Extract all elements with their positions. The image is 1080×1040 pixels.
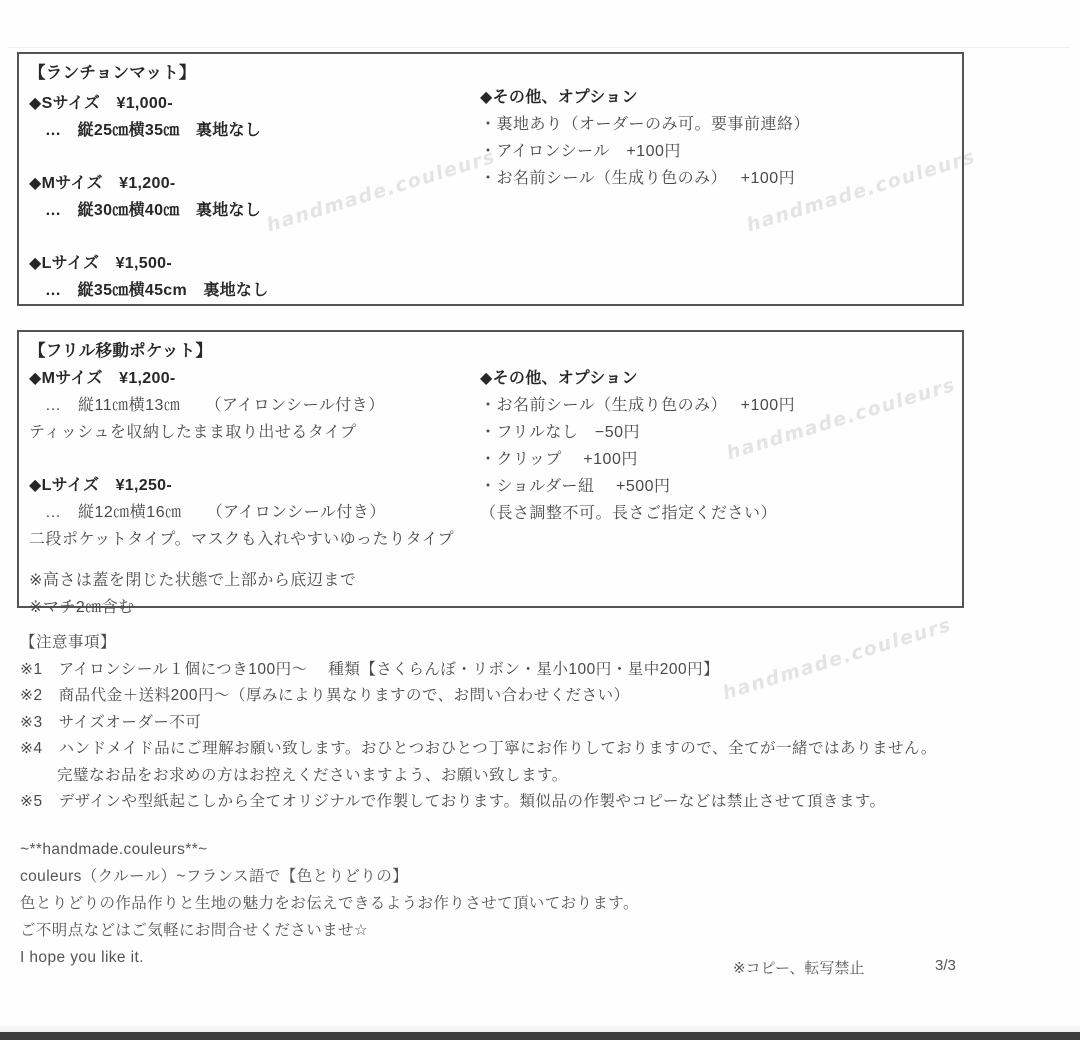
caution-item-continuation: 完璧なお品をお求めの方はお控えくださいますよう、お願い致します。 bbox=[20, 763, 937, 790]
cautions-title: 【注意事項】 bbox=[20, 630, 937, 657]
caution-item: ※4 ハンドメイド品にご理解お願い致します。おひとつおひとつ丁寧にお作りしており… bbox=[20, 736, 937, 763]
frill-pocket-options-column: ◆その他、オプション ・お名前シール（生成り色のみ） +100円 ・フリルなし … bbox=[480, 365, 950, 527]
size-price-line: ◆Mサイズ ¥1,200- bbox=[29, 365, 479, 392]
frill-pocket-section: 【フリル移動ポケット】 ◆Mサイズ ¥1,200- … 縦11㎝横13㎝ （アイ… bbox=[17, 330, 964, 608]
size-description-line: 二段ポケットタイプ。マスクも入れやすいゆったりタイプ bbox=[29, 526, 479, 553]
options-title: ◆その他、オプション bbox=[480, 365, 950, 392]
closing-line: 色とりどりの作品作りと生地の魅力をお伝えできるようお作りさせて頂いております。 bbox=[20, 890, 639, 917]
option-item: ・お名前シール（生成り色のみ） +100円 bbox=[480, 165, 950, 192]
section-title: 【ランチョンマット】 bbox=[29, 60, 479, 87]
size-price-line: ◆Sサイズ ¥1,000- bbox=[29, 90, 479, 117]
option-item: （長さ調整不可。長さご指定ください） bbox=[480, 500, 950, 527]
option-item: ・フリルなし −50円 bbox=[480, 419, 950, 446]
frill-pocket-sizes-column: 【フリル移動ポケット】 ◆Mサイズ ¥1,200- … 縦11㎝横13㎝ （アイ… bbox=[29, 332, 479, 621]
size-detail-line: … 縦30㎝横40㎝ 裏地なし bbox=[29, 197, 479, 224]
cautions-section: 【注意事項】 ※1 アイロンシール１個につき100円～ 種類【さくらんぼ・リボン… bbox=[20, 630, 937, 816]
size-price-line: ◆Mサイズ ¥1,200- bbox=[29, 170, 479, 197]
caution-item: ※2 商品代金＋送料200円～（厚みにより異なりますので、お問い合わせください） bbox=[20, 683, 937, 710]
lunch-mat-section: 【ランチョンマット】 ◆Sサイズ ¥1,000- … 縦25㎝横35㎝ 裏地なし… bbox=[17, 52, 964, 306]
caution-item: ※3 サイズオーダー不可 bbox=[20, 710, 937, 737]
bottom-dark-bar bbox=[0, 1032, 1080, 1040]
lunch-mat-sizes-column: 【ランチョンマット】 ◆Sサイズ ¥1,000- … 縦25㎝横35㎝ 裏地なし… bbox=[29, 54, 479, 304]
closing-line: couleurs（クルール）~フランス語で【色とりどりの】 bbox=[20, 863, 639, 890]
caution-item: ※5 デザインや型紙起こしから全てオリジナルで作製しております。類似品の作製やコ… bbox=[20, 789, 937, 816]
size-detail-line: … 縦12㎝横16㎝ （アイロンシール付き） bbox=[29, 499, 479, 526]
page-number: 3/3 bbox=[935, 957, 956, 974]
closing-line: ご不明点などはご気軽にお問合せくださいませ☆ bbox=[20, 917, 639, 944]
page-top-edge bbox=[8, 47, 1070, 48]
lunch-mat-options-column: ◆その他、オプション ・裏地あり（オーダーのみ可。要事前連絡） ・アイロンシール… bbox=[480, 84, 950, 192]
size-detail-line: … 縦11㎝横13㎝ （アイロンシール付き） bbox=[29, 392, 479, 419]
option-item: ・裏地あり（オーダーのみ可。要事前連絡） bbox=[480, 111, 950, 138]
option-item: ・アイロンシール +100円 bbox=[480, 138, 950, 165]
option-item: ・お名前シール（生成り色のみ） +100円 bbox=[480, 392, 950, 419]
section-title: 【フリル移動ポケット】 bbox=[29, 338, 479, 365]
options-title: ◆その他、オプション bbox=[480, 84, 950, 111]
measure-note-line: ※高さは蓋を閉じた状態で上部から底辺まで bbox=[29, 567, 479, 594]
size-detail-line: … 縦35㎝横45cm 裏地なし bbox=[29, 277, 479, 304]
size-description-line: ティッシュを収納したまま取り出せるタイプ bbox=[29, 419, 479, 446]
size-detail-line: … 縦25㎝横35㎝ 裏地なし bbox=[29, 117, 479, 144]
caution-item: ※1 アイロンシール１個につき100円～ 種類【さくらんぼ・リボン・星小100円… bbox=[20, 657, 937, 684]
copy-prohibited-notice: ※コピー、転写禁止 bbox=[733, 957, 864, 978]
measure-note-line: ※マチ2㎝含む bbox=[29, 594, 479, 621]
closing-message: ~**handmade.couleurs**~ couleurs（クルール）~フ… bbox=[20, 836, 639, 971]
size-price-line: ◆Lサイズ ¥1,250- bbox=[29, 472, 479, 499]
option-item: ・クリップ +100円 bbox=[480, 446, 950, 473]
option-item: ・ショルダー紐 +500円 bbox=[480, 473, 950, 500]
size-price-line: ◆Lサイズ ¥1,500- bbox=[29, 250, 479, 277]
brand-signature: ~**handmade.couleurs**~ bbox=[20, 836, 639, 863]
closing-line: I hope you like it. bbox=[20, 944, 639, 971]
